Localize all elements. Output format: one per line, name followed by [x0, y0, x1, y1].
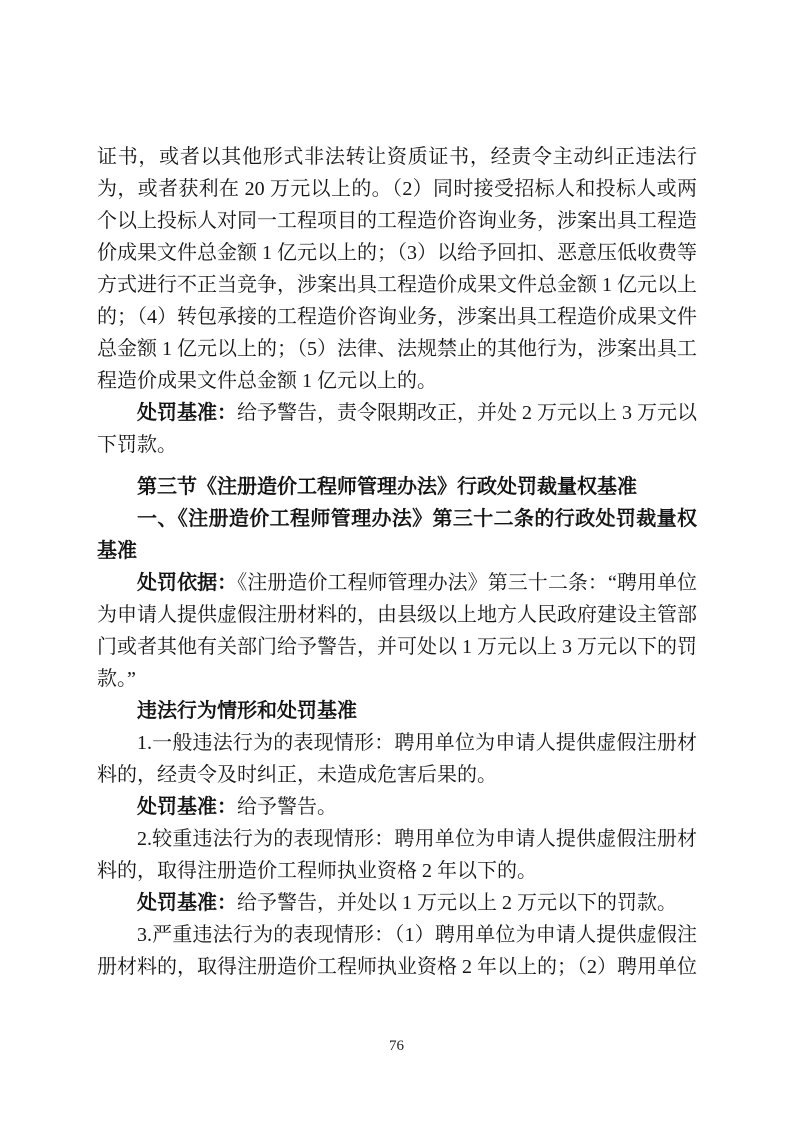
document-body: 证书，或者以其他形式非法转让资质证书，经责令主动纠正违法行为，或者获利在 20 …	[97, 141, 697, 983]
penalty-standard-paragraph-1: 处罚基准：给予警告，责令限期改正，并处 2 万元以上 3 万元以下罚款。	[97, 397, 697, 461]
penalty-standard-paragraph-2: 处罚基准：给予警告。	[97, 791, 697, 823]
penalty-basis-paragraph: 处罚依据：《注册造价工程师管理办法》第三十二条：“聘用单位为申请人提供虚假注册材…	[97, 567, 697, 695]
section-heading: 第三节《注册造价工程师管理办法》行政处罚裁量权基准	[97, 471, 697, 503]
paragraph-lead: 处罚基准：	[137, 892, 237, 914]
violation-item-1: 1.一般违法行为的表现情形：聘用单位为申请人提供虚假注册材料的，经责令及时纠正，…	[97, 727, 697, 791]
violation-item-2: 2.较重违法行为的表现情形：聘用单位为申请人提供虚假注册材料的，取得注册造价工程…	[97, 823, 697, 887]
violation-item-3: 3.严重违法行为的表现情形：（1）聘用单位为申请人提供虚假注册材料的，取得注册造…	[97, 919, 697, 983]
violation-situations-heading: 违法行为情形和处罚基准	[97, 695, 697, 727]
paragraph-text: 给予警告，并处以 1 万元以上 2 万元以下的罚款。	[237, 892, 677, 914]
paragraph-lead: 处罚依据：	[137, 572, 237, 594]
document-page: 证书，或者以其他形式非法转让资质证书，经责令主动纠正违法行为，或者获利在 20 …	[0, 0, 793, 1122]
paragraph-lead: 处罚基准：	[137, 796, 237, 818]
paragraph-lead: 处罚基准：	[137, 402, 237, 424]
subsection-heading: 一、《注册造价工程师管理办法》第三十二条的行政处罚裁量权基准	[97, 503, 697, 567]
paragraph-continuation: 证书，或者以其他形式非法转让资质证书，经责令主动纠正违法行为，或者获利在 20 …	[97, 141, 697, 397]
page-number: 76	[0, 1036, 793, 1056]
penalty-standard-paragraph-3: 处罚基准：给予警告，并处以 1 万元以上 2 万元以下的罚款。	[97, 887, 697, 919]
paragraph-text: 给予警告。	[237, 796, 337, 818]
